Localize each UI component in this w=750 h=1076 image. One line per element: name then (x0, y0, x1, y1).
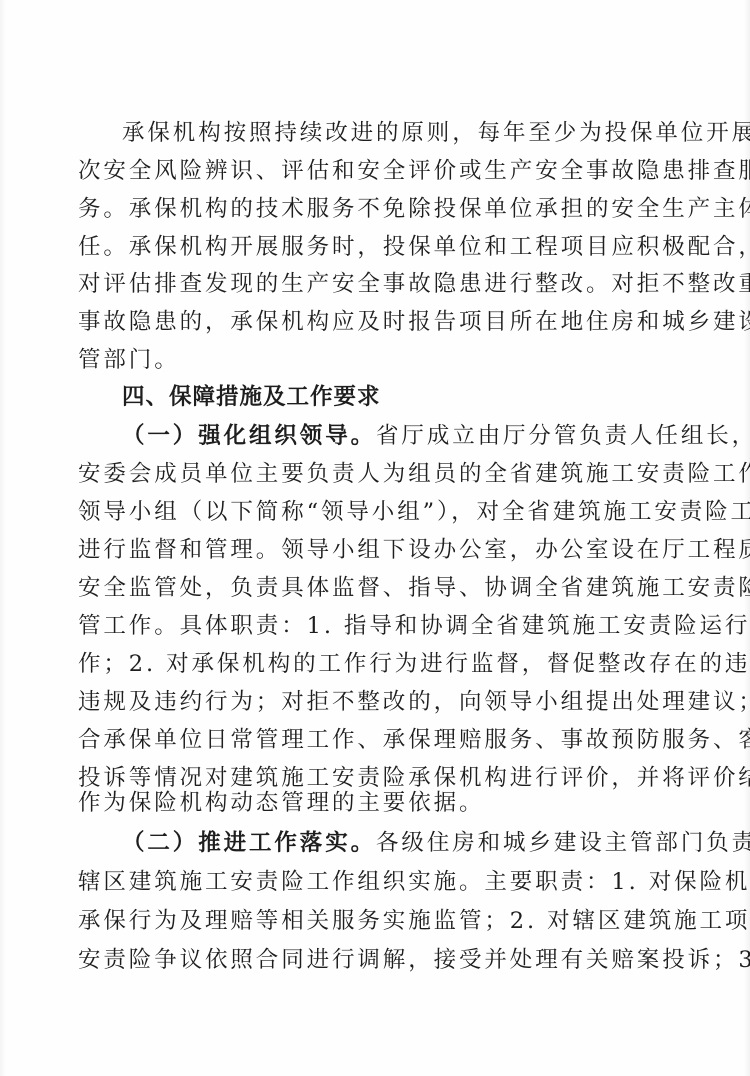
text-line: 任。承保机构开展服务时，投保单位和工程项目应积极配合，并 (78, 228, 662, 266)
text-line: （一）强化组织领导。省厅成立由厅分管负责人任组长，厅 (122, 417, 662, 455)
text-line: 作；2. 对承保机构的工作行为进行监督，督促整改存在的违法 (78, 645, 662, 683)
text-line: 事故隐患的，承保机构应及时报告项目所在地住房和城乡建设主 (78, 303, 662, 341)
section-heading: 四、保障措施及工作要求 (122, 378, 662, 416)
text-line: 承保行为及理赔等相关服务实施监管；2. 对辖区建筑施工项目 (78, 902, 662, 940)
text-line: 安全监管处，负责具体监督、指导、协调全省建筑施工安责险监 (78, 569, 662, 607)
subsection-title: （二）推进工作落实。 (122, 830, 376, 856)
text-line: 务。承保机构的技术服务不免除投保单位承担的安全生产主体责 (78, 190, 662, 228)
text-span: 各级住房和城乡建设主管部门负责本 (376, 830, 750, 856)
text-span: 省厅成立由厅分管负责人任组长，厅 (376, 423, 750, 449)
text-line: 管工作。具体职责：1. 指导和协调全省建筑施工安责险运行工 (78, 607, 662, 645)
subsection-title: （一）强化组织领导。 (122, 423, 376, 449)
text-line: 辖区建筑施工安责险工作组织实施。主要职责：1. 对保险机构 (78, 863, 662, 901)
text-line: 承保机构按照持续改进的原则，每年至少为投保单位开展 1 (122, 114, 662, 152)
text-line: 次安全风险辨识、评估和安全评价或生产安全事故隐患排查服 (78, 152, 662, 190)
text-line: 违规及违约行为；对拒不整改的，向领导小组提出处理建议；3. 综 (78, 683, 662, 721)
text-line: 安责险争议依照合同进行调解，接受并处理有关赔案投诉；3. 核 (78, 941, 662, 979)
text-line: 进行监督和管理。领导小组下设办公室，办公室设在厅工程质量 (78, 531, 662, 569)
text-line: 合承保单位日常管理工作、承保理赔服务、事故预防服务、客户 (78, 721, 662, 759)
text-line: 领导小组（以下简称“领导小组”），对全省建筑施工安责险工作 (78, 493, 662, 531)
text-line: 安委会成员单位主要负责人为组员的全省建筑施工安责险工作 (78, 455, 662, 493)
text-line: 对评估排查发现的生产安全事故隐患进行整改。对拒不整改重大 (78, 265, 662, 303)
text-line: （二）推进工作落实。各级住房和城乡建设主管部门负责本 (122, 824, 662, 862)
document-page: 承保机构按照持续改进的原则，每年至少为投保单位开展 1 次安全风险辨识、评估和安… (0, 0, 750, 1076)
text-line: 作为保险机构动态管理的主要依据。 (78, 784, 662, 822)
text-line: 管部门。 (78, 341, 662, 379)
